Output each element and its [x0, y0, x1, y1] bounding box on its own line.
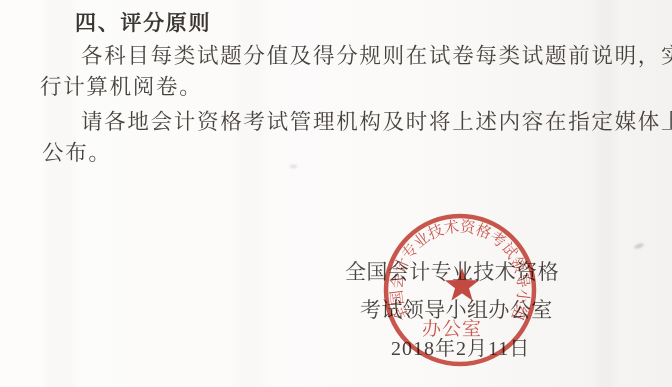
body-line: 各科目每类试题分值及得分规则在试卷每类试题前说明，实 [81, 39, 672, 70]
signature-org-line2: 考试领导小组办公室 [360, 294, 553, 324]
scanned-document-page: 四、评分原则 各科目每类试题分值及得分规则在试卷每类试题前说明，实 行计算机阅卷… [0, 0, 672, 387]
scan-smudge [634, 242, 645, 249]
body-line: 公布。 [42, 136, 112, 167]
signature-org-line1: 全国会计专业技术资格 [345, 256, 559, 286]
body-line: 请各地会计资格考试管理机构及时将上述内容在指定媒体上 [81, 105, 672, 136]
scan-smudge [290, 165, 297, 168]
body-line: 行计算机阅卷。 [40, 70, 202, 101]
section-heading: 四、评分原则 [75, 7, 211, 37]
signature-date: 2018年2月11日 [391, 332, 530, 361]
